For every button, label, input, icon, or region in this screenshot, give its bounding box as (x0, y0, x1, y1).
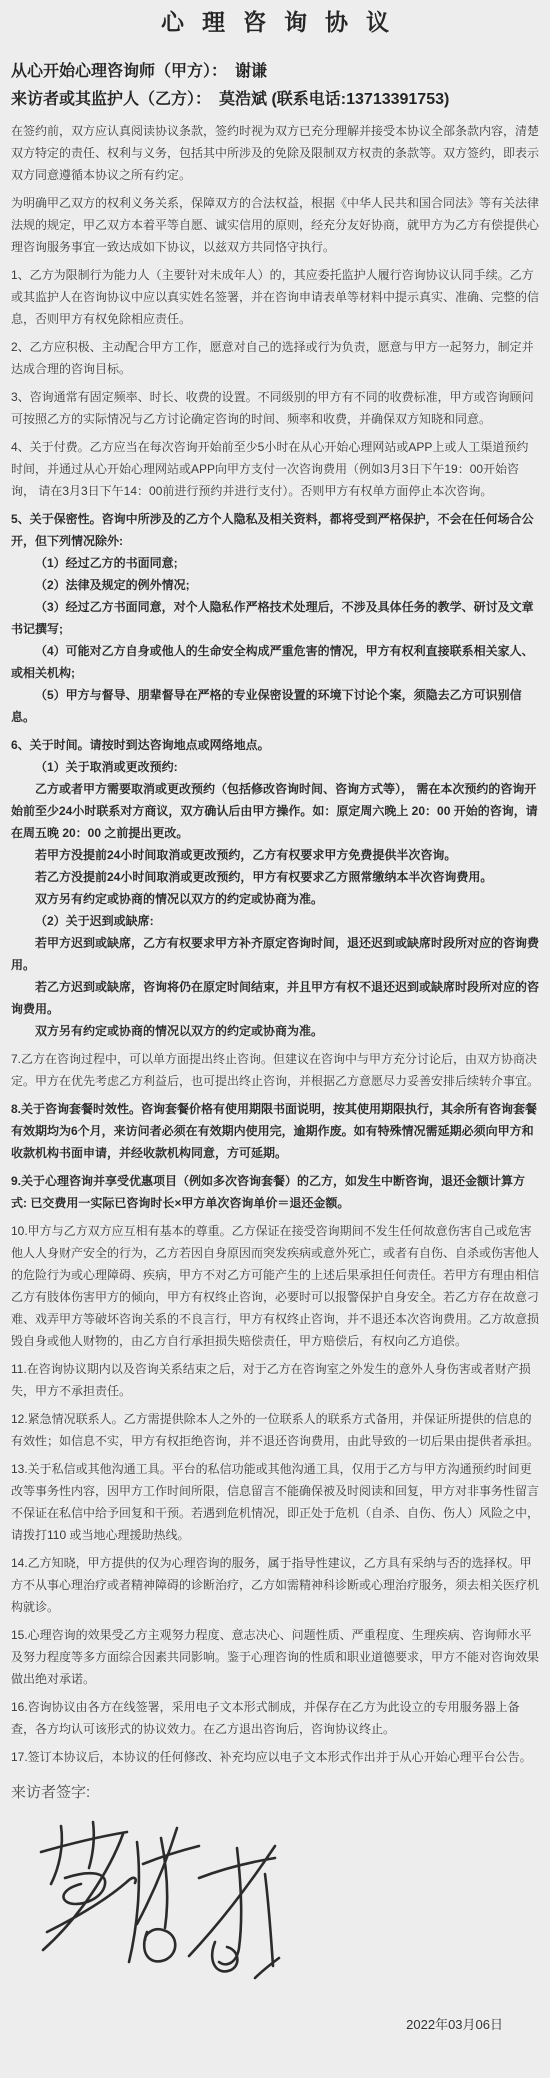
clause-paragraph: （2）法律及规定的例外情况; (11, 574, 539, 596)
clause-paragraph: 1、乙方为限制行为能力人（主要针对未成年人）的，其应委托监护人履行咨询协议认同手… (11, 264, 539, 330)
party-client-label: 来访者或其监护人（乙方）： (11, 91, 211, 108)
clause-paragraph: 17.签订本协议后，本协议的任何修改、补充均应以电子文本形式作出并于从心开始心理… (11, 1746, 539, 1768)
clause-paragraph: 4、关于付费。乙方应当在每次咨询开始前至少5小时在从心开始心理网站或APP上或人… (11, 436, 539, 502)
clause-paragraph: 8.关于咨询套餐时效性。咨询套餐价格有使用期限书面说明，按其使用期限执行，其余所… (11, 1098, 539, 1164)
clause-paragraph: 为明确甲乙双方的权利义务关系，保障双方的合法权益，根据《中华人民共和国合同法》等… (11, 192, 539, 258)
party-counselor-label: 从心开始心理咨询师（甲方）： (11, 63, 227, 80)
party-client-name: 莫浩斌 (联系电话:13713391753) (219, 91, 449, 108)
clause-paragraph: 9.关于心理咨询并享受优惠项目（例如多次咨询套餐）的乙方，如发生中断咨询，退还金… (11, 1170, 539, 1214)
clause-paragraph: 若甲方迟到或缺席，乙方有权要求甲方补齐原定咨询时间，退还迟到或缺席时段所对应的咨… (11, 932, 539, 976)
clause-paragraph: 7.乙方在咨询过程中，可以单方面提出终止咨询。但建议在咨询中与甲方充分讨论后，由… (11, 1048, 539, 1092)
handwritten-signature (31, 1820, 281, 1990)
clause-paragraph: 6、关于时间。请按时到达咨询地点或网络地点。 (11, 734, 539, 756)
party-counselor-name: 谢谦 (235, 63, 267, 80)
clause-paragraph: （3）经过乙方书面同意，对个人隐私作严格技术处理后，不涉及具体任务的教学、研讨及… (11, 596, 539, 640)
clause-paragraph: 若乙方没提前24小时间取消或更改预约，甲方有权要求乙方照常缴纳本半次咨询费用。 (11, 866, 539, 888)
clause-paragraph: 若乙方迟到或缺席，咨询将仍在原定时间结束，并且甲方有权不退还迟到或缺席时段所对应… (11, 976, 539, 1020)
clause-paragraph: 2、乙方应积极、主动配合甲方工作，愿意对自己的选择或行为负责，愿意与甲方一起努力… (11, 336, 539, 380)
clause-paragraph: （4）可能对乙方自身或他人的生命安全构成严重危害的情况，甲方有权利直接联系相关家… (11, 640, 539, 684)
page-title: 心理咨询协议 (11, 6, 539, 38)
clause-paragraph: 10.甲方与乙方双方应互相有基本的尊重。乙方保证在接受咨询期间不发生任何故意伤害… (11, 1220, 539, 1352)
clause-paragraph: 乙方或者甲方需要取消或更改预约（包括修改咨询时间、咨询方式等）， 需在本次预约的… (11, 778, 539, 844)
clauses: 在签约前，双方应认真阅读协议条款，签约时视为双方已充分理解并接受本协议全部条款内… (11, 120, 539, 1768)
clause-paragraph: 在签约前，双方应认真阅读协议条款，签约时视为双方已充分理解并接受本协议全部条款内… (11, 120, 539, 186)
clause-paragraph: （5）甲方与督导、朋辈督导在严格的专业保密设置的环境下讨论个案，须隐去乙方可识别… (11, 684, 539, 728)
clause-paragraph: 13.关于私信或其他沟通工具。平台的私信功能或其他沟通工具，仅用于乙方与甲方沟通… (11, 1458, 539, 1546)
clause-paragraph: 16.咨询协议由各方在线签署，采用电子文本形式制成，并保存在乙方为此设立的专用服… (11, 1696, 539, 1740)
clause-paragraph: 若甲方没提前24小时间取消或更改预约，乙方有权要求甲方免费提供半次咨询。 (11, 844, 539, 866)
signature-label: 来访者签字: (11, 1782, 539, 1804)
party-line-client: 来访者或其监护人（乙方）：莫浩斌 (联系电话:13713391753) (11, 86, 539, 114)
clause-paragraph: 12.紧急情况联系人。乙方需提供除本人之外的一位联系人的联系方式备用，并保证所提… (11, 1408, 539, 1452)
clause-paragraph: （2）关于迟到或缺席: (11, 910, 539, 932)
agreement-document: 心理咨询协议 从心开始心理咨询师（甲方）：谢谦 来访者或其监护人（乙方）：莫浩斌… (0, 0, 550, 2078)
clause-paragraph: 11.在咨询协议期内以及咨询关系结束之后，对于乙方在咨询室之外发生的意外人身伤害… (11, 1358, 539, 1402)
signature-date: 2022年03月06日 (11, 2014, 503, 2036)
clause-paragraph: 双方另有约定或协商的情况以双方的约定或协商为准。 (11, 888, 539, 910)
clause-paragraph: （1）关于取消或更改预约: (11, 756, 539, 778)
clause-paragraph: 14.乙方知晓，甲方提供的仅为心理咨询的服务，属于指导性建议，乙方具有采纳与否的… (11, 1552, 539, 1618)
clause-paragraph: （1）经过乙方的书面同意; (11, 552, 539, 574)
clause-paragraph: 双方另有约定或协商的情况以双方的约定或协商为准。 (11, 1020, 539, 1042)
signature-strokes-image (31, 1820, 281, 1990)
clause-paragraph: 3、咨询通常有固定频率、时长、收费的设置。不同级别的甲方有不同的收费标准，甲方或… (11, 386, 539, 430)
clause-paragraph: 5、关于保密性。咨询中所涉及的乙方个人隐私及相关资料，都将受到严格保护，不会在任… (11, 508, 539, 552)
clause-paragraph: 15.心理咨询的效果受乙方主观努力程度、意志决心、问题性质、严重程度、生理疾病、… (11, 1624, 539, 1690)
party-line-counselor: 从心开始心理咨询师（甲方）：谢谦 (11, 58, 539, 86)
